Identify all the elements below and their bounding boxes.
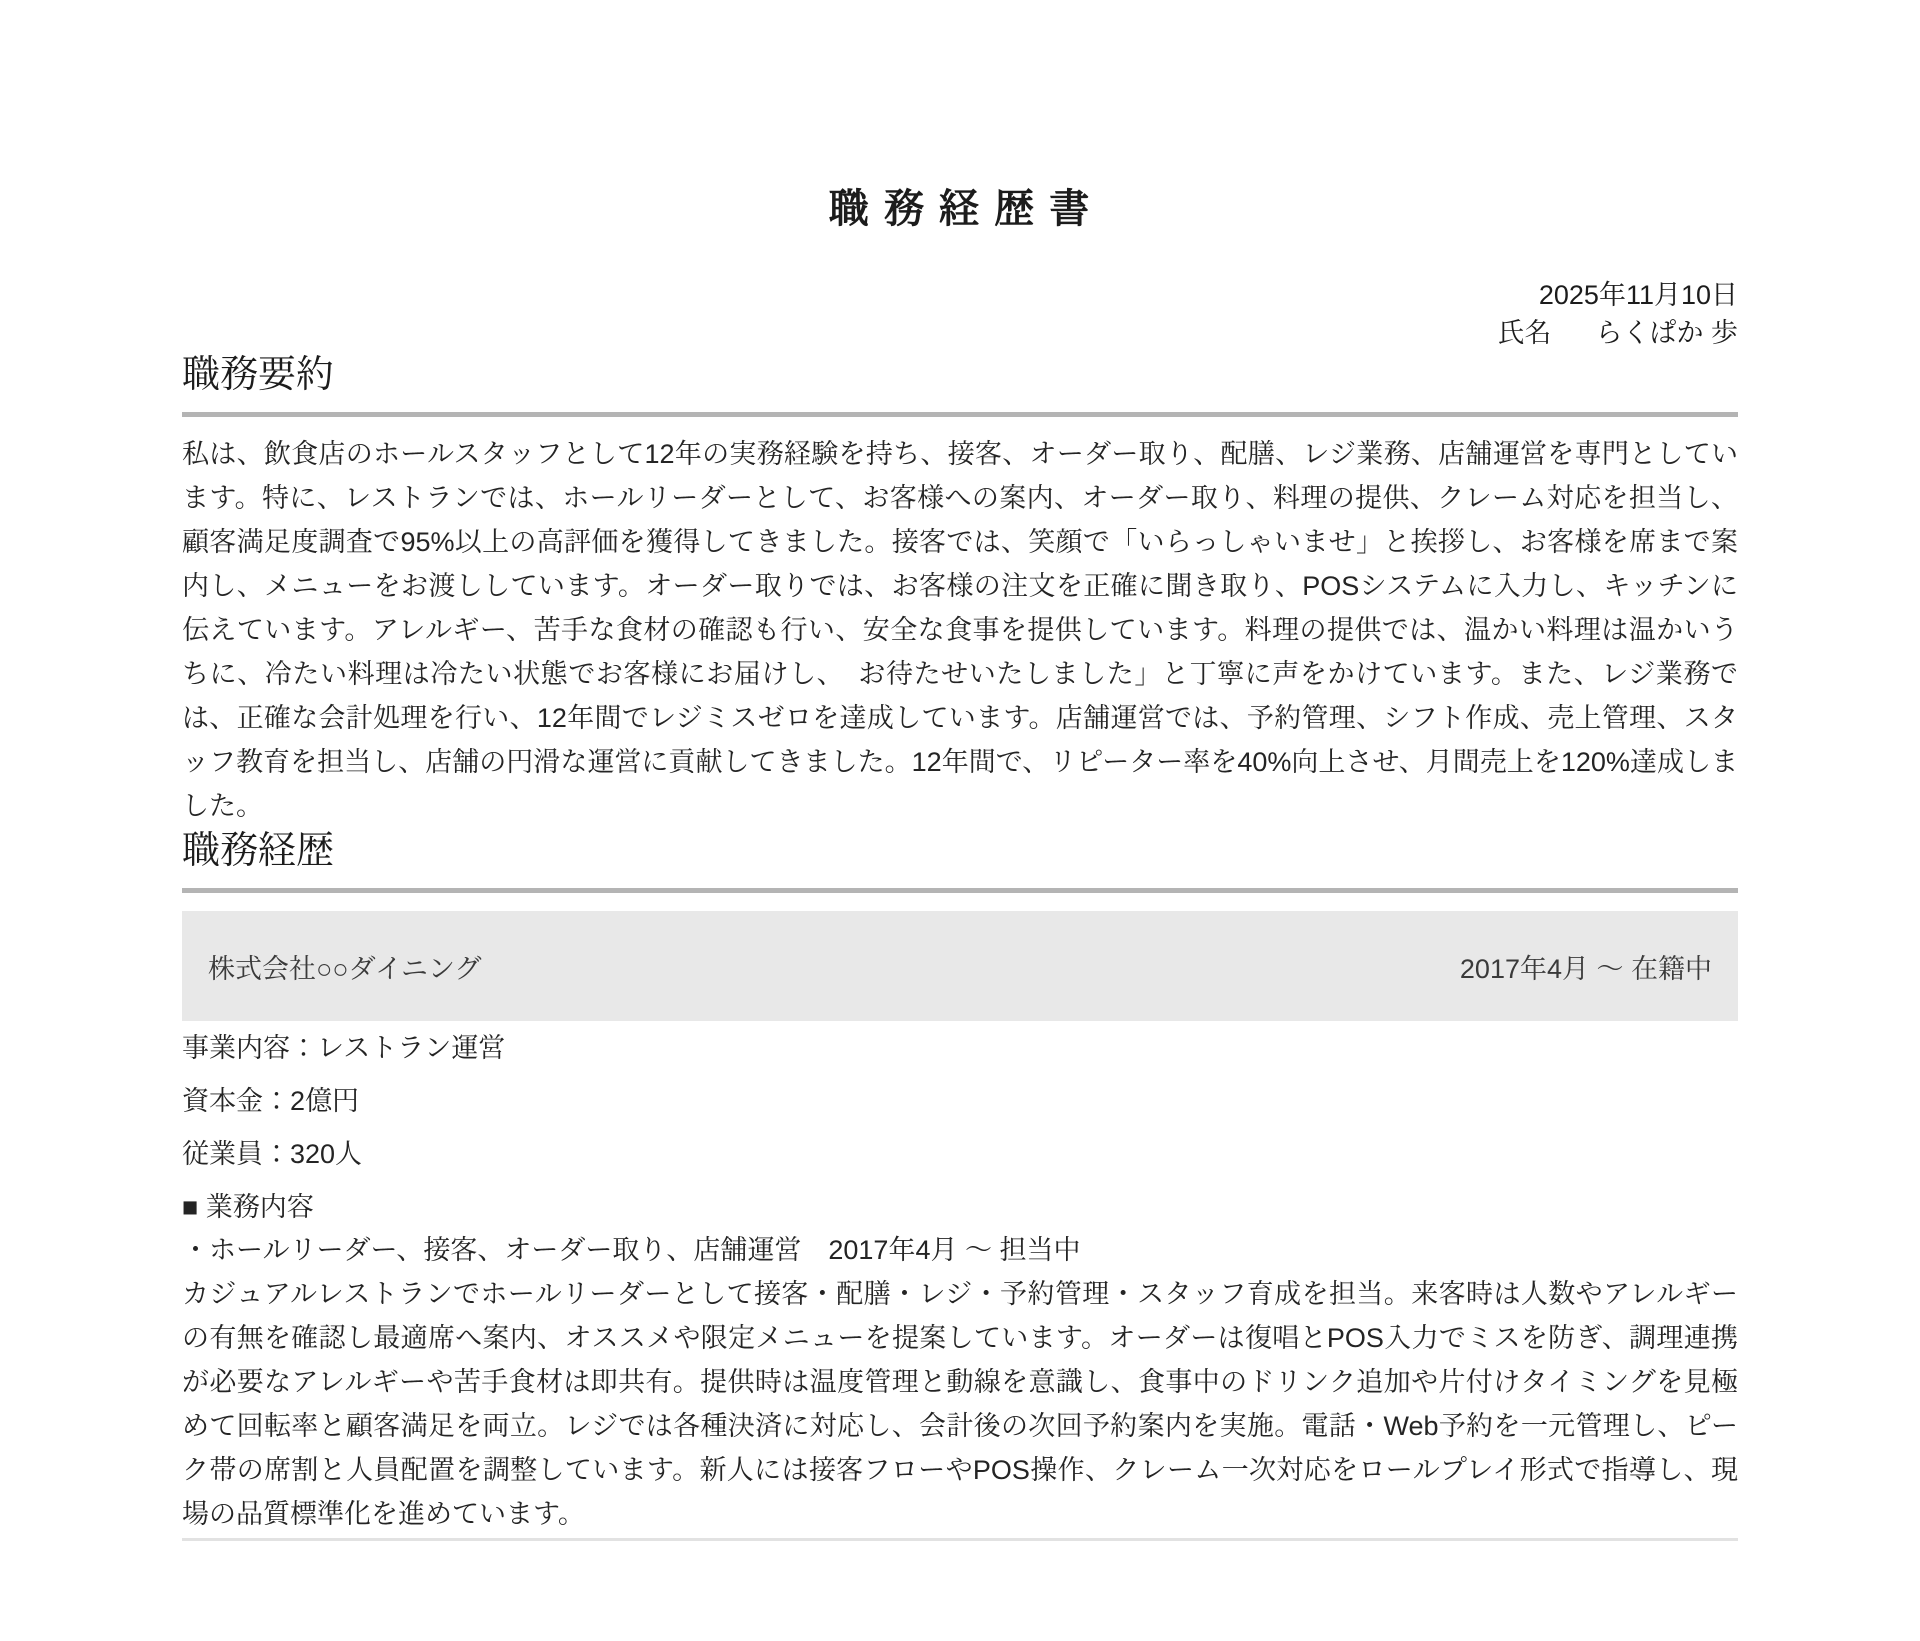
company-capital-line: 資本金：2億円: [182, 1083, 1738, 1119]
name-line: 氏名らくぱか 歩: [182, 314, 1738, 352]
company-name: 株式会社○○ダイニング: [208, 947, 481, 986]
company-details: 事業内容：レストラン運営 資本金：2億円 従業員：320人: [182, 1030, 1738, 1172]
document-meta: 2025年11月10日 氏名らくぱか 歩: [182, 276, 1738, 352]
summary-section-heading: 職務要約: [182, 352, 1738, 417]
history-section-heading: 職務経歴: [182, 828, 1738, 893]
duties-section-label: ■ 業務内容: [182, 1189, 1738, 1225]
resume-document-page: 職 務 経 歴 書 2025年11月10日 氏名らくぱか 歩 職務要約 私は、飲…: [0, 0, 1920, 1641]
duties-paragraph: カジュアルレストランでホールリーダーとして接客・配膳・レジ・予約管理・スタッフ育…: [182, 1272, 1738, 1536]
role-period-line: ・ホールリーダー、接客、オーダー取り、店舗運営 2017年4月 〜 担当中: [182, 1232, 1738, 1268]
summary-paragraph: 私は、飲食店のホールスタッフとして12年の実務経験を持ち、接客、オーダー取り、配…: [182, 432, 1738, 828]
summary-section: 職務要約 私は、飲食店のホールスタッフとして12年の実務経験を持ち、接客、オーダ…: [182, 352, 1738, 828]
company-bar: 株式会社○○ダイニング 2017年4月 〜 在籍中: [182, 911, 1738, 1021]
company-employees-line: 従業員：320人: [182, 1136, 1738, 1172]
company-period: 2017年4月 〜 在籍中: [1460, 947, 1712, 986]
name-label: 氏名: [1497, 318, 1551, 348]
history-section: 職務経歴 株式会社○○ダイニング 2017年4月 〜 在籍中 事業内容：レストラ…: [182, 828, 1738, 1536]
company-business-line: 事業内容：レストラン運営: [182, 1030, 1738, 1066]
document-date: 2025年11月10日: [182, 276, 1738, 314]
bottom-divider: [182, 1538, 1738, 1541]
name-value: らくぱか 歩: [1595, 318, 1738, 348]
document-title: 職 務 経 歴 書: [182, 0, 1738, 230]
